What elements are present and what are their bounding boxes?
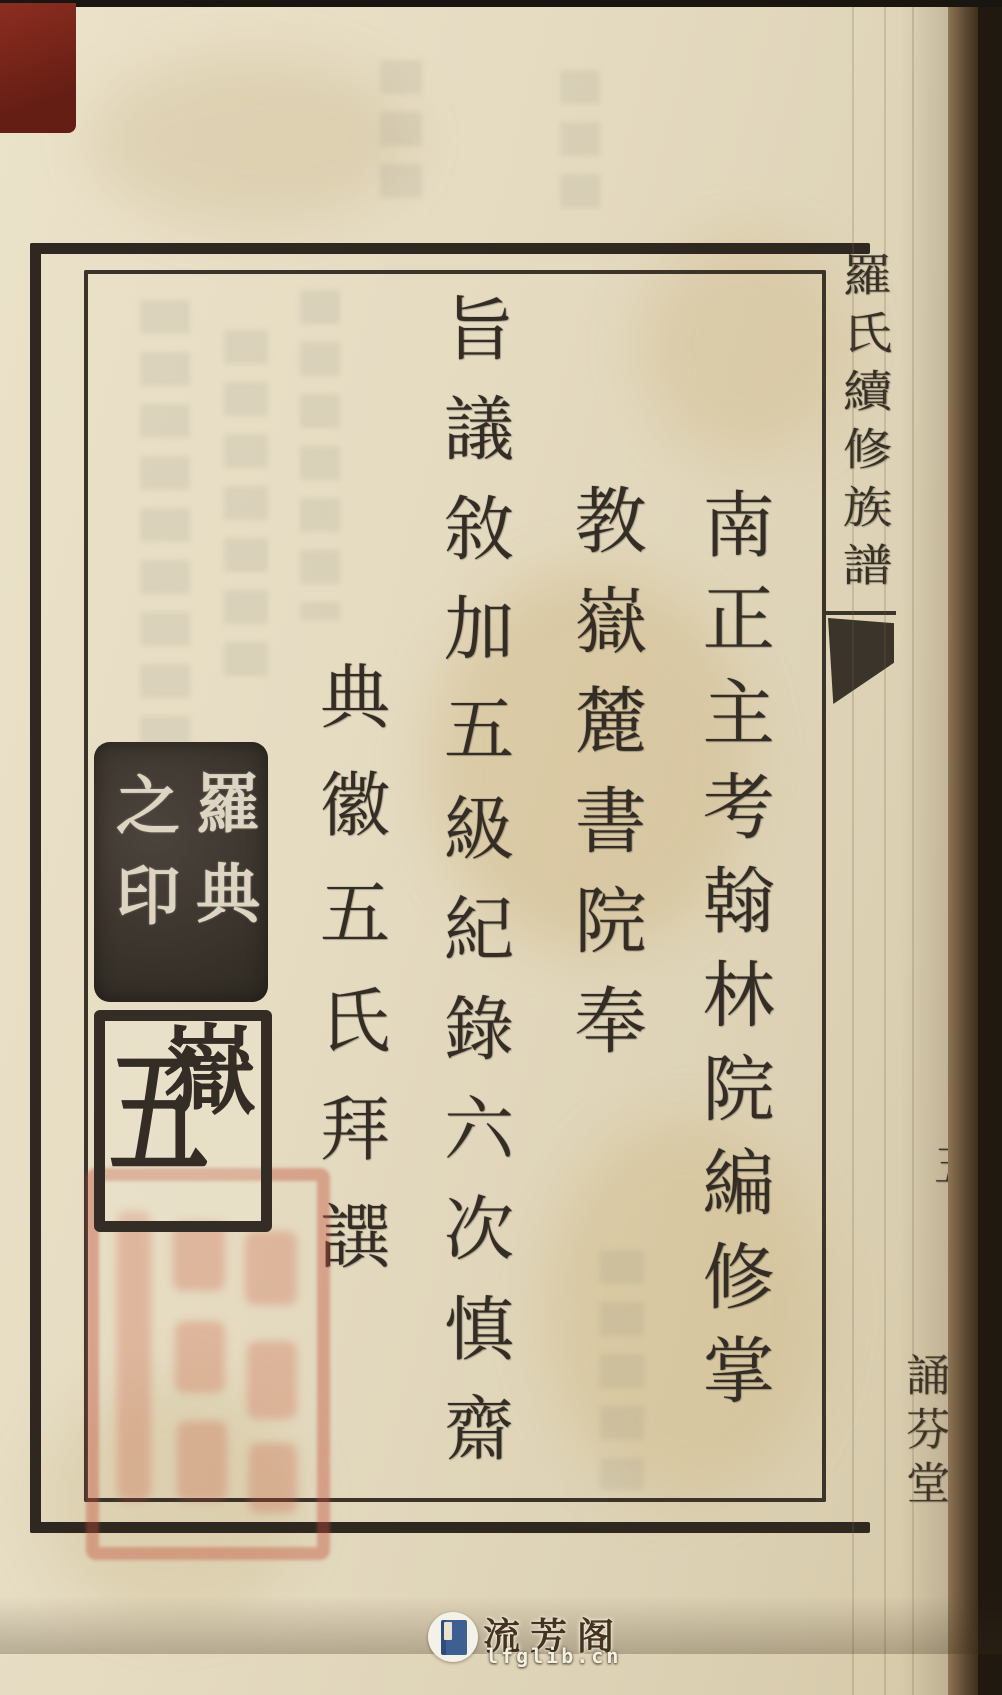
book-label-icon (444, 1622, 452, 1640)
text-column-2: 教嶽麓書院奉 (566, 483, 642, 1083)
text-column-3: 旨議敘加五級紀錄六次慎齋 (436, 292, 510, 1492)
bleedthrough-text (560, 70, 600, 210)
bleedthrough-text (224, 330, 268, 690)
spine-title: 羅氏續修族譜 (836, 252, 888, 600)
bleedthrough-text (600, 1250, 644, 1490)
paper-stain (545, 1120, 825, 1500)
frame-outer-left (30, 243, 41, 1533)
seal-left-column: 五 (109, 1043, 209, 1183)
cover-corner-red (0, 3, 76, 133)
paper-stain (90, 55, 410, 225)
seal-luo-dian: 羅典 之印 (94, 742, 268, 1002)
book-spine-edge (948, 0, 982, 1695)
watermark-site-url: lfglib.cn (486, 1644, 621, 1668)
fold-crease (884, 0, 886, 1695)
bleedthrough-text (380, 60, 422, 210)
watermark-logo (428, 1612, 478, 1662)
genealogy-page-scan: 南正主考翰林院編修掌 教嶽麓書院奉 旨議敘加五級紀錄六次慎齋 典徽五氏拜譔 羅典… (0, 0, 1002, 1695)
seal-courtesy-name: 嶽 五 (94, 1010, 272, 1232)
frame-outer-top (30, 243, 870, 254)
seal-left-column: 之印 (110, 772, 174, 952)
scan-top-edge (0, 0, 1002, 7)
fold-crease (852, 0, 854, 1695)
frame-inner-top (84, 270, 826, 274)
book-icon (441, 1620, 467, 1655)
fold-crease (912, 0, 914, 1695)
banxin-divider-line (822, 270, 826, 1502)
text-column-1: 南正主考翰林院編修掌 (694, 487, 770, 1427)
bleedthrough-text (300, 290, 340, 620)
paper-stain (640, 235, 850, 455)
scan-background-edge (978, 0, 1002, 1695)
seal-right-column: 羅典 (190, 770, 254, 950)
